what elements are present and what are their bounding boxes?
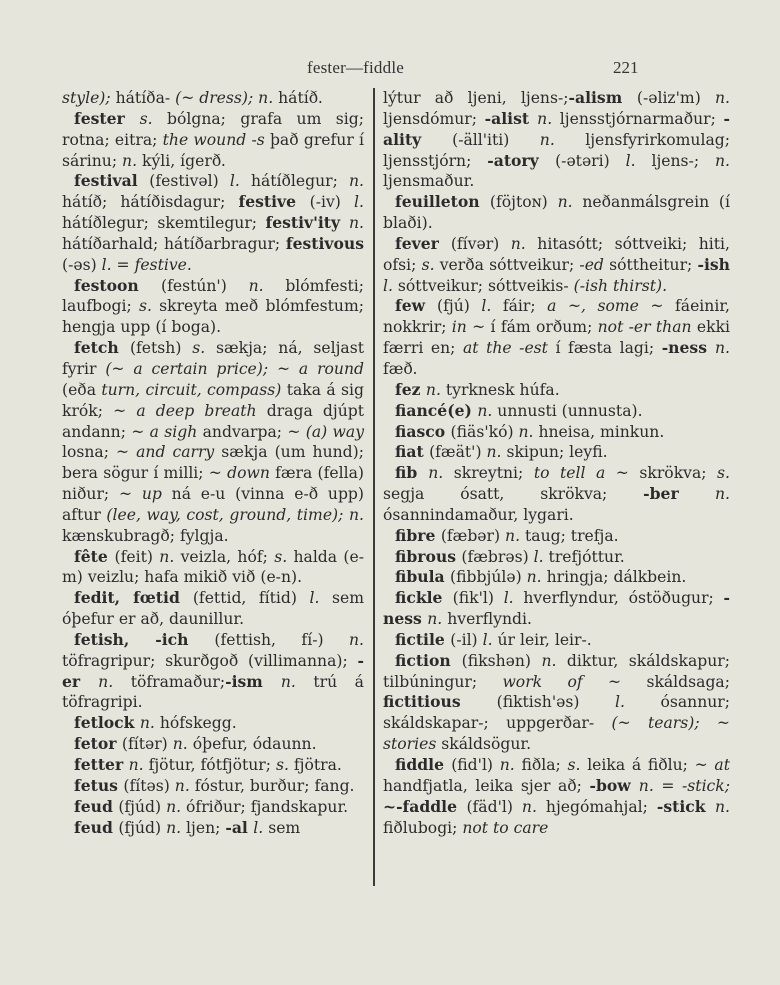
definition-text: fjötra. xyxy=(294,756,342,774)
definition-text: fóstur, burður; fang. xyxy=(195,777,355,795)
headword: fictile xyxy=(395,630,450,649)
dictionary-entry: fetor (fítər) n. óþefur, ódaunn. xyxy=(62,734,364,755)
italic-text: n. xyxy=(166,798,186,816)
definition-text: hátíðlegur; skemtilegur; xyxy=(62,214,266,232)
definition-text: hófskegg. xyxy=(160,714,237,732)
italic-text: n. xyxy=(639,777,662,795)
italic-text: l. xyxy=(310,589,332,607)
headword: fête xyxy=(74,547,115,566)
definition-text: kýli, ígerð. xyxy=(142,152,226,170)
definition-text: sem xyxy=(268,819,300,837)
italic-text: n. xyxy=(426,381,446,399)
italic-text: at the -est xyxy=(463,339,556,357)
dictionary-entry: festival (festivəl) l. hátíðlegur; n. há… xyxy=(62,171,364,275)
dictionary-entry: fetter n. fjötur, fótfjötur; s. fjötra. xyxy=(62,755,364,776)
italic-text: n. xyxy=(349,631,364,649)
dictionary-entry: fetus (fítəs) n. fóstur, burður; fang. xyxy=(62,776,364,797)
italic-text: n. xyxy=(427,610,447,628)
definition-text: (-il) xyxy=(450,631,482,649)
definition-text: hátíð; hátíðisdagur; xyxy=(62,193,239,211)
italic-text: (~ dress); n. xyxy=(175,89,278,107)
definition-text: (fettid, fítid) xyxy=(193,589,310,607)
definition-text: = xyxy=(661,777,682,795)
italic-text: a ~, some ~ xyxy=(547,297,675,315)
definition-text: fáir; xyxy=(503,297,547,315)
italic-text: l. xyxy=(383,277,398,295)
definition-text: hringja; dálkbein. xyxy=(547,568,687,586)
definition-text: ófriður; fjandskapur. xyxy=(186,798,348,816)
dictionary-entry: fever (fívər) n. hitasótt; sóttveiki; hi… xyxy=(383,234,730,297)
derived-form: -stick xyxy=(657,797,715,816)
italic-text: ~ a deep breath xyxy=(113,402,267,420)
definition-text: (-iv) xyxy=(310,193,354,211)
definition-text: ljen; xyxy=(186,819,225,837)
derived-form: -ness xyxy=(662,338,715,357)
definition-text: hátíða- xyxy=(116,89,176,107)
definition-text: hátíð. xyxy=(278,89,323,107)
definition-text: segja ósatt, skrökva; xyxy=(383,485,643,503)
entry-continuation: lýtur að ljeni, ljens-;-alism (-əliz'm) … xyxy=(383,88,730,192)
italic-text: s. xyxy=(717,464,730,482)
definition-text: tyrknesk húfa. xyxy=(446,381,560,399)
dictionary-entry: festoon (festún') n. blómfesti; laufbogi… xyxy=(62,276,364,339)
definition-text: skrökva; xyxy=(639,464,717,482)
italic-text: work of ~ xyxy=(502,673,646,691)
definition-text: verða sóttveikur; xyxy=(440,256,580,274)
definition-text: (fæbər) xyxy=(441,527,505,545)
definition-text: ósannindamaður, lygari. xyxy=(383,506,574,524)
derived-form: -alist xyxy=(485,109,538,128)
italic-text: -stick; xyxy=(682,777,730,795)
derived-form: -atory xyxy=(487,151,555,170)
italic-text: ~ a sigh xyxy=(131,423,202,441)
italic-text: s. xyxy=(422,256,440,274)
entry-continuation: style); hátíða- (~ dress); n. hátíð. xyxy=(62,88,364,109)
dictionary-entry: fictile (-il) l. úr leir, leir-. xyxy=(383,630,730,651)
definition-text: handfjatla, leika sjer að; xyxy=(383,777,590,795)
dictionary-entry: fib n. skreytni; to tell a ~ skrökva; s.… xyxy=(383,463,730,526)
italic-text: l. xyxy=(253,819,268,837)
definition-text: (fæät') xyxy=(429,443,486,461)
definition-text: = xyxy=(117,256,135,274)
definition-text: taug; trefja. xyxy=(525,527,619,545)
italic-text: n. xyxy=(159,548,180,566)
italic-text: n. xyxy=(349,214,364,232)
definition-text: (fjúd) xyxy=(118,819,166,837)
definition-text: (fikshən) xyxy=(462,652,542,670)
dictionary-entry: feud (fjúd) n. ljen; -al l. sem xyxy=(62,818,364,839)
dictionary-entry: feud (fjúd) n. ófriður; fjandskapur. xyxy=(62,797,364,818)
definition-text: unnusti (unnusta). xyxy=(497,402,642,420)
italic-text: l. xyxy=(230,172,251,190)
dictionary-entry: fiancé(e) n. unnusti (unnusta). xyxy=(383,401,730,422)
italic-text: n. xyxy=(173,735,193,753)
headword: fever xyxy=(395,234,451,253)
italic-text: ~ and carry xyxy=(116,443,221,461)
derived-form: festiv'ity xyxy=(266,213,349,232)
definition-text: (fettish, fí-) xyxy=(214,631,349,649)
headword: feud xyxy=(74,818,118,837)
italic-text: l. xyxy=(626,152,652,170)
definition-text: trefjóttur. xyxy=(549,548,625,566)
page-number: 221 xyxy=(613,58,639,78)
definition-text: (fetsh) xyxy=(130,339,192,357)
dictionary-entry: fickle (fik'l) l. hverflyndur, óstöðugur… xyxy=(383,588,730,630)
derived-form: -ish xyxy=(697,255,730,274)
definition-text: (fibbjúlə) xyxy=(450,568,527,586)
definition-text: (festivəl) xyxy=(149,172,230,190)
definition-text: (fívər) xyxy=(451,235,511,253)
headword: fetus xyxy=(74,776,123,795)
italic-text: style); xyxy=(62,89,116,107)
definition-text: andvarpa; xyxy=(203,423,288,441)
italic-text: n. xyxy=(166,819,186,837)
definition-text: fjötur, fótfjötur; xyxy=(149,756,276,774)
dictionary-entry: fête (feit) n. veizla, hóf; s. halda (e-… xyxy=(62,547,364,589)
italic-text: l. xyxy=(481,297,502,315)
italic-text: s. xyxy=(274,548,293,566)
dictionary-entry: fiction (fikshən) n. diktur, skáldskapur… xyxy=(383,651,730,755)
definition-text: fiðlubogi; xyxy=(383,819,462,837)
italic-text: n. xyxy=(249,277,286,295)
italic-text: l. xyxy=(102,256,117,274)
definition-text: kænskubragð; fylgja. xyxy=(62,527,229,545)
derived-form: fictitious xyxy=(383,692,497,711)
definition-text: fæð. xyxy=(383,360,418,378)
definition-text: hverflyndur, óstöðugur; xyxy=(523,589,723,607)
definition-text: (fítəs) xyxy=(123,777,174,795)
running-head: fester—fiddle 221 xyxy=(0,58,780,82)
headword: fedit, fœtid xyxy=(74,588,193,607)
italic-text: l. xyxy=(483,631,498,649)
italic-text: n. xyxy=(715,798,730,816)
definition-text: sóttveikur; sóttveikis- xyxy=(398,277,574,295)
definition-text: (fik'l) xyxy=(453,589,504,607)
headword: fiat xyxy=(395,442,429,461)
headword: fickle xyxy=(395,588,453,607)
definition-text: skipun; leyfi. xyxy=(506,443,607,461)
definition-text: (fjúd) xyxy=(118,798,166,816)
headword: fibrous xyxy=(395,547,461,566)
derived-form: -ism xyxy=(225,672,281,691)
italic-text: -ed xyxy=(579,256,609,274)
italic-text: n. xyxy=(140,714,160,732)
italic-text: l. xyxy=(354,193,364,211)
definition-text: hverflyndi. xyxy=(447,610,532,628)
italic-text: n. xyxy=(537,110,560,128)
headword: fetter xyxy=(74,755,129,774)
definition-text: skáldsaga; xyxy=(646,673,730,691)
definition-text: hjegómahjal; xyxy=(546,798,657,816)
dictionary-entry: fedit, fœtid (fettid, fítid) l. sem óþef… xyxy=(62,588,364,630)
headword: feud xyxy=(74,797,118,816)
definition-text: (fiktish'əs) xyxy=(497,693,615,711)
derived-form: festivous xyxy=(286,234,364,253)
definition-text: fiðla; xyxy=(521,756,567,774)
definition-text: (festún') xyxy=(161,277,249,295)
definition-text: hátíðlegur; xyxy=(251,172,349,190)
running-title: fester—fiddle xyxy=(307,58,404,78)
italic-text: l. xyxy=(615,693,660,711)
right-column: lýtur að ljeni, ljens-;-alism (-əliz'm) … xyxy=(383,88,730,838)
italic-text: n. xyxy=(349,172,364,190)
italic-text: n. xyxy=(715,485,730,503)
definition-text: ljens-; xyxy=(651,152,715,170)
italic-text: ~ down xyxy=(209,464,275,482)
italic-text: n. xyxy=(122,152,142,170)
italic-text: n. xyxy=(558,193,583,211)
headword: fiasco xyxy=(395,422,451,441)
dictionary-entry: fez n. tyrknesk húfa. xyxy=(383,380,730,401)
italic-text: n. xyxy=(428,464,454,482)
headword: fiddle xyxy=(395,755,451,774)
italic-text: s. xyxy=(568,756,588,774)
derived-form: -al xyxy=(225,818,253,837)
italic-text: n. xyxy=(477,402,497,420)
italic-text: not -er than xyxy=(598,318,697,336)
italic-text: n. xyxy=(129,756,149,774)
dictionary-entry: fibre (fæbər) n. taug; trefja. xyxy=(383,526,730,547)
definition-text: (fid'l) xyxy=(451,756,500,774)
dictionary-entry: feuilleton (föjtoɴ) n. neðanmálsgrein (í… xyxy=(383,192,730,234)
italic-text: ~ at xyxy=(695,756,730,774)
italic-text: n. xyxy=(527,568,547,586)
italic-text: n. xyxy=(281,673,314,691)
definition-text: leika á fiðlu; xyxy=(587,756,694,774)
dictionary-entry: fiasco (fiäs'kó) n. hneisa, minkun. xyxy=(383,422,730,443)
headword: fez xyxy=(395,380,426,399)
italic-text: to tell a ~ xyxy=(534,464,640,482)
headword: fibre xyxy=(395,526,441,545)
italic-text: turn, circuit, compass) xyxy=(101,381,286,399)
dictionary-entry: fiat (fæät') n. skipun; leyfi. xyxy=(383,442,730,463)
headword: festoon xyxy=(74,276,161,295)
definition-text: sóttheitur; xyxy=(609,256,697,274)
italic-text: n. xyxy=(540,131,585,149)
definition-text: lýtur að ljeni, ljens-; xyxy=(383,89,569,107)
definition-text: í fám orðum; xyxy=(491,318,598,336)
italic-text: the wound -s xyxy=(163,131,270,149)
definition-text: veizla, hóf; xyxy=(181,548,275,566)
headword: fetish, -ich xyxy=(74,630,214,649)
headword: fester xyxy=(74,109,140,128)
italic-text: n. xyxy=(715,89,730,107)
italic-text: l. xyxy=(534,548,549,566)
italic-text: ~ up xyxy=(119,485,172,503)
definition-text: (fæbrəs) xyxy=(461,548,533,566)
headword: fiancé(e) xyxy=(395,401,477,420)
left-column: style); hátíða- (~ dress); n. hátíð.fest… xyxy=(62,88,364,838)
italic-text: (-ish thirst). xyxy=(574,277,667,295)
headword: fetch xyxy=(74,338,130,357)
definition-text: (-ətəri) xyxy=(555,152,626,170)
italic-text: s. xyxy=(140,110,167,128)
definition-text: (feit) xyxy=(115,548,160,566)
headword: fetor xyxy=(74,734,122,753)
dictionary-entry: fibrous (fæbrəs) l. trefjóttur. xyxy=(383,547,730,568)
italic-text: n. xyxy=(541,652,566,670)
dictionary-entry: fetch (fetsh) s. sækja; ná, seljast fyri… xyxy=(62,338,364,546)
dictionary-entry: fibula (fibbjúlə) n. hringja; dálkbein. xyxy=(383,567,730,588)
italic-text: n. xyxy=(500,756,522,774)
definition-text: losna; xyxy=(62,443,116,461)
italic-text: n. xyxy=(486,443,506,461)
italic-text: s. xyxy=(276,756,294,774)
dictionary-entry: fetlock n. hófskegg. xyxy=(62,713,364,734)
headword: fibula xyxy=(395,567,450,586)
definition-text: skreytni; xyxy=(454,464,534,482)
definition-text: ljensdómur; xyxy=(383,110,485,128)
column-divider xyxy=(373,88,375,886)
definition-text: (-əliz'm) xyxy=(637,89,715,107)
headword: fib xyxy=(395,463,428,482)
derived-form: ~-faddle xyxy=(383,797,466,816)
definition-text: (fiäs'kó) xyxy=(451,423,519,441)
italic-text: s. xyxy=(192,339,216,357)
dictionary-entry: fester s. bólgna; grafa um sig; rotna; e… xyxy=(62,109,364,172)
definition-text: hneisa, minkun. xyxy=(538,423,664,441)
derived-form: -ber xyxy=(643,484,715,503)
italic-text: n. xyxy=(175,777,195,795)
definition-text: ljensmaður. xyxy=(383,172,474,190)
definition-text: töfragripur; skurðgoð (villimanna); xyxy=(62,652,358,670)
headword: fiction xyxy=(395,651,462,670)
dictionary-entry: fiddle (fid'l) n. fiðla; s. leika á fiðl… xyxy=(383,755,730,838)
italic-text: in ~ xyxy=(452,318,491,336)
definition-text: (fítər) xyxy=(122,735,173,753)
definition-text: skáldsögur. xyxy=(441,735,531,753)
definition-text: (föjtoɴ) xyxy=(490,193,558,211)
headword: feuilleton xyxy=(395,192,490,211)
italic-text: festive. xyxy=(135,256,192,274)
definition-text: óþefur, ódaunn. xyxy=(193,735,317,753)
italic-text: n. xyxy=(519,423,539,441)
italic-text: s. xyxy=(139,297,159,315)
headword: festival xyxy=(74,171,149,190)
definition-text: (fjú) xyxy=(437,297,481,315)
dictionary-entry: few (fjú) l. fáir; a ~, some ~ fáeinir, … xyxy=(383,296,730,379)
italic-text: l. xyxy=(504,589,524,607)
italic-text: not to care xyxy=(462,819,548,837)
derived-form: -bow xyxy=(590,776,639,795)
definition-text: (-əs) xyxy=(62,256,102,274)
italic-text: n. xyxy=(511,235,538,253)
definition-text: úr leir, leir-. xyxy=(498,631,592,649)
italic-text: n. xyxy=(715,339,730,357)
italic-text: n. xyxy=(715,152,730,170)
italic-text: (lee, way, cost, ground, time); n. xyxy=(106,506,364,524)
headword: few xyxy=(395,296,437,315)
italic-text: n. xyxy=(505,527,525,545)
definition-text: (-äll'iti) xyxy=(452,131,540,149)
definition-text: (eða xyxy=(62,381,101,399)
derived-form: -alism xyxy=(569,88,637,107)
dictionary-entry: fetish, -ich (fettish, fí-) n. töfragrip… xyxy=(62,630,364,713)
italic-text: n. xyxy=(98,673,131,691)
definition-text: töframaður; xyxy=(131,673,225,691)
italic-text: (~ a certain price); ~ a round xyxy=(105,360,364,378)
definition-text: (fäd'l) xyxy=(466,798,521,816)
italic-text: n. xyxy=(522,798,546,816)
definition-text: hátíðarhald; hátíðarbragur; xyxy=(62,235,286,253)
derived-form: festive xyxy=(239,192,310,211)
italic-text: ~ (a) way xyxy=(287,423,364,441)
headword: fetlock xyxy=(74,713,140,732)
definition-text: í fæsta lagi; xyxy=(556,339,662,357)
definition-text: ljensstjórnarmaður; xyxy=(560,110,724,128)
